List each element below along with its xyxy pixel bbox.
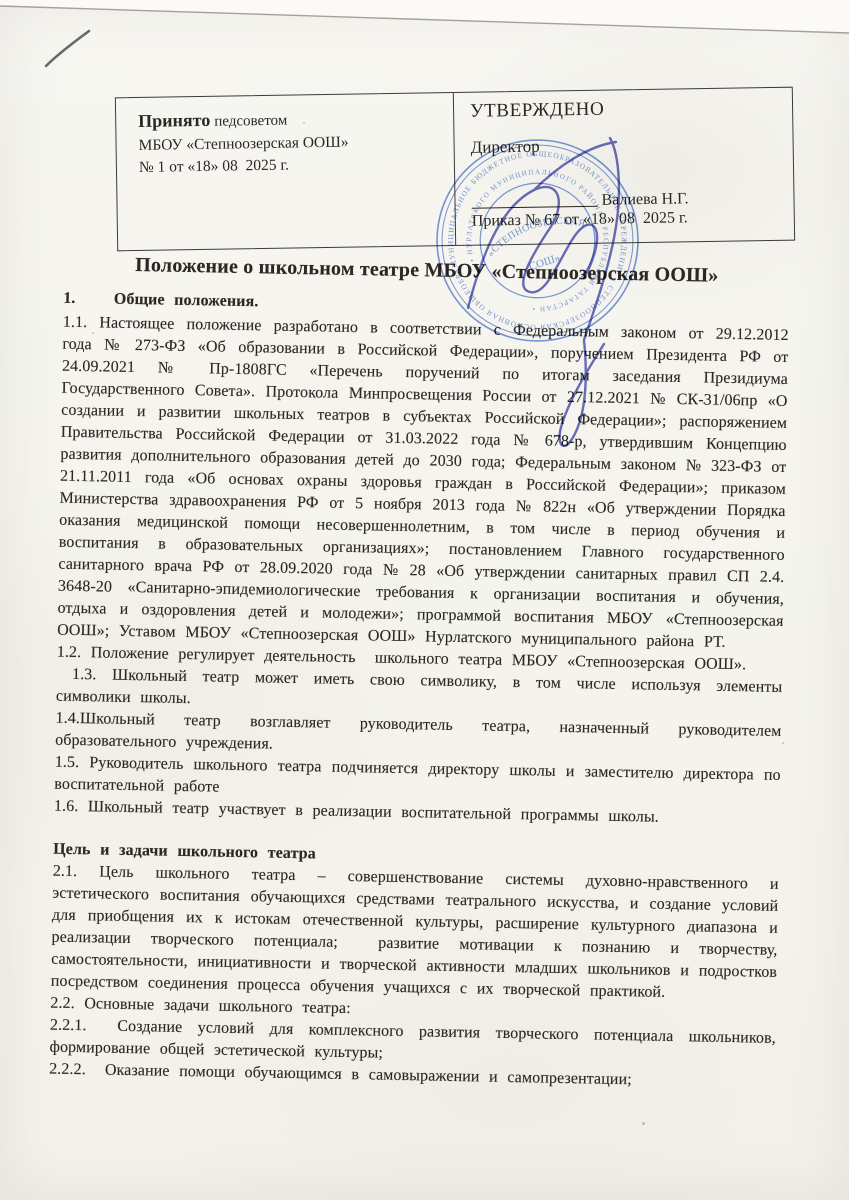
signature-stroke-tail bbox=[560, 138, 619, 446]
scan-speck bbox=[782, 742, 784, 744]
pen-slash-mark bbox=[46, 31, 89, 66]
signature-stroke-flourish bbox=[534, 142, 616, 190]
accepted-word: Принято bbox=[138, 110, 210, 131]
scanned-document-page: Принято педсоветом МБОУ «Степноозерская … bbox=[0, 0, 849, 1200]
scanner-background bbox=[0, 0, 849, 33]
paragraph-1-1: 1.1. Настоящее положение разработано в с… bbox=[57, 312, 789, 655]
scan-speck bbox=[642, 1122, 645, 1125]
accepted-by: педсоветом bbox=[214, 113, 287, 130]
document-body: Положение о школьном театре МБОУ «Степно… bbox=[49, 253, 790, 1094]
page-edge-line bbox=[0, 6, 849, 33]
signature-stroke-main bbox=[468, 187, 597, 308]
paragraph-2-1: 2.1. Цель школьного театра – совершенств… bbox=[51, 861, 779, 1006]
director-signature bbox=[438, 112, 663, 472]
